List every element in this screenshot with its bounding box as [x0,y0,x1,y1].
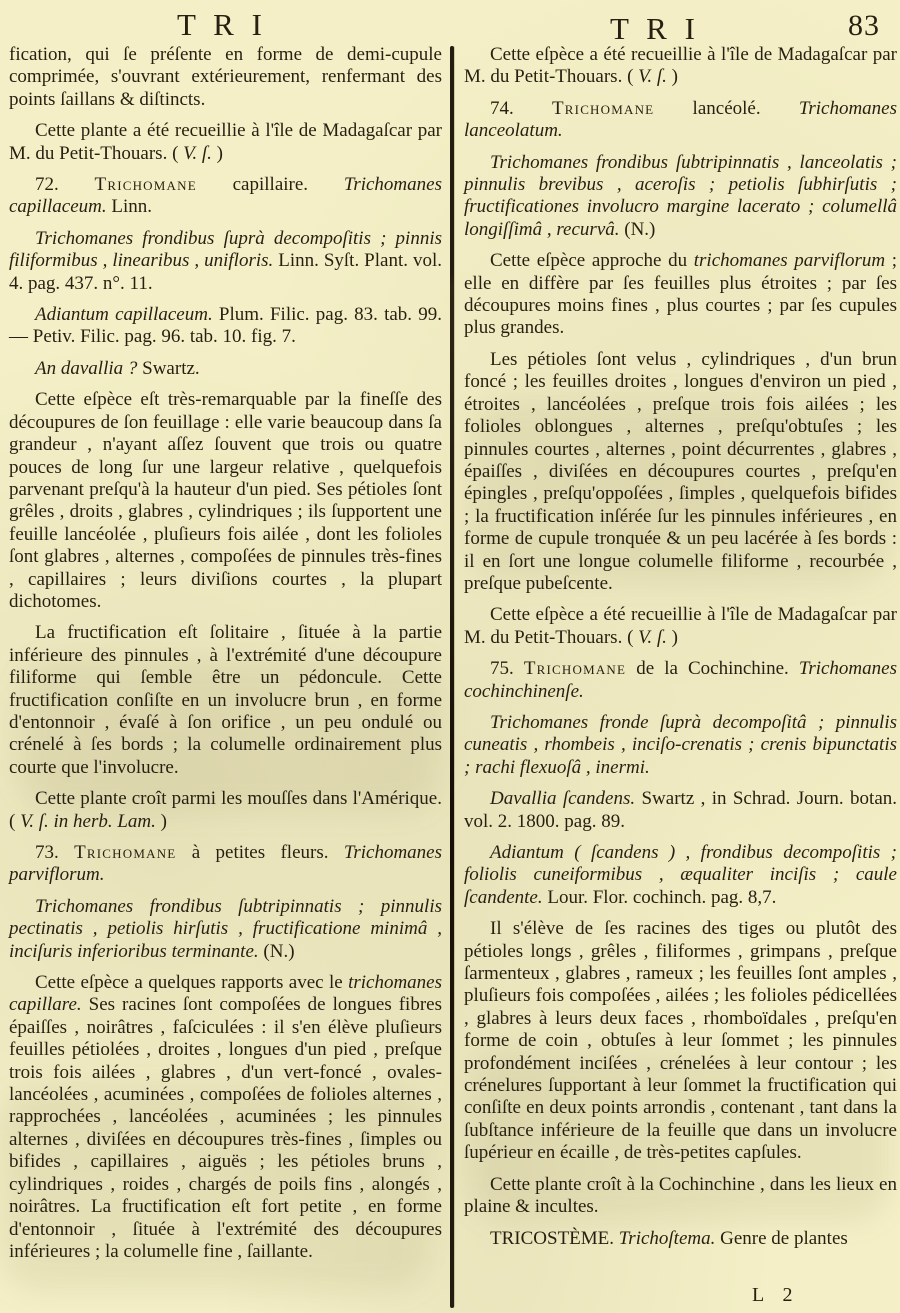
text-run: Cette plante a été recueillie à l'île de… [9,120,442,163]
text-run: de la Cochinchine. [626,658,799,679]
text-run: Cette plante croît à la Cochinchine , da… [464,1174,897,1217]
text-run: fication, qui ſe préſente en forme de de… [9,44,442,110]
text-run: (N.) [620,219,656,240]
text-run: Trichomanes frondibus ſubtripinnatis ; p… [9,896,442,962]
text-run: Ses racines ſont compoſées de longues fi… [9,994,442,1261]
paragraph: 75. Trichomane de la Cochinchine. Tricho… [464,658,897,703]
paragraph: Cette plante croît à la Cochinchine , da… [464,1174,897,1219]
paragraph: Cette eſpèce a été recueillie à l'île de… [464,604,897,649]
text-run: ) [672,627,678,648]
text-run: Trichomanes frondibus ſubtripinnatis , l… [464,152,897,240]
paragraph: 74. Trichomane lancéolé. Trichomanes lan… [464,98,897,143]
signature-mark: L 2 [752,1284,799,1307]
text-run: à petites fleurs. [176,842,343,863]
text-run: 73. [35,842,74,863]
text-run: Davallia ſcandens. [490,788,635,809]
text-run: V. ſ. in herb. Lam. [15,811,160,832]
text-run: V. ſ. [178,143,216,164]
text-run: Swartz. [137,358,199,379]
paragraph: La fructification eſt ſolitaire , ſituée… [9,622,442,779]
text-run: Linn. [107,196,152,217]
text-run: capillaire. [197,174,344,195]
running-title-right: T R I [464,11,846,47]
entry-headword: Trichomane [74,842,176,863]
paragraph: Cette eſpèce a quelques rapports avec le… [9,972,442,1263]
text-run: Adiantum capillaceum. [35,304,213,325]
entry-headword: Trichomane [524,658,626,679]
text-run: La fructification eſt ſolitaire , ſituée… [9,622,442,777]
text-run: (N.) [259,941,295,962]
text-run: Trichoſtema. [619,1228,716,1249]
text-run: ) [161,811,167,832]
paragraph: Cette eſpèce approche du trichomanes par… [464,250,897,340]
text-run: Trichomanes fronde ſuprà decompoſitâ ; p… [464,712,897,778]
text-run: 75. [490,658,524,679]
paragraph: Cette eſpèce a été recueillie à l'île de… [464,44,897,89]
text-run: Lour. Flor. cochinch. pag. 8,7. [543,887,777,908]
paragraph: Cette plante a été recueillie à l'île de… [9,120,442,165]
paragraph: Davallia ſcandens. Swartz , in Schrad. J… [464,788,897,833]
text-run: lancéolé. [654,98,799,119]
paragraph: An davallia ? Swartz. [9,358,442,380]
text-run: Il s'élève de ſes racines des tiges ou p… [464,918,897,1163]
text-run: ) [672,66,678,87]
text-run: Cette eſpèce a quelques rapports avec le [35,972,348,993]
text-run: Cette eſpèce eſt très-remarquable par la… [9,389,442,612]
paragraph: Il s'élève de ſes racines des tiges ou p… [464,918,897,1164]
text-run: ) [217,143,223,164]
scanned-book-page: T R I T R I 83 fication, qui ſe préſente… [0,0,900,1313]
entry-headword: Trichomane [552,98,654,119]
text-run: 74. [490,98,552,119]
paragraph: fication, qui ſe préſente en forme de de… [9,44,442,111]
left-text-column: fication, qui ſe préſente en forme de de… [9,44,442,1272]
text-run: Les pétioles ſont velus , cylindriques ,… [464,349,897,594]
page-number: 83 [848,9,880,43]
right-text-column: Cette eſpèce a été recueillie à l'île de… [464,44,897,1259]
column-divider-rule [450,46,454,1308]
paragraph: Les pétioles ſont velus , cylindriques ,… [464,349,897,595]
text-run: TRICOSTÈME. [490,1228,619,1249]
paragraph: Cette plante croît parmi les mouſſes dan… [9,788,442,833]
paragraph: Trichomanes frondibus ſuprà decompoſitis… [9,228,442,295]
text-run: Genre de plantes [715,1228,847,1249]
paragraph: 72. Trichomane capillaire. Trichomanes c… [9,174,442,219]
paragraph: Trichomanes fronde ſuprà decompoſitâ ; p… [464,712,897,779]
text-run: trichomanes parviflorum [694,250,885,271]
entry-headword: Trichomane [95,174,197,195]
text-run: Cette eſpèce approche du [490,250,694,271]
paragraph: 73. Trichomane à petites fleurs. Trichom… [9,842,442,887]
paragraph: Adiantum ( ſcandens ) , frondibus decomp… [464,842,897,909]
text-run: Cette eſpèce a été recueillie à l'île de… [464,44,897,87]
paragraph: Trichomanes frondibus ſubtripinnatis ; p… [9,896,442,963]
text-run: V. ſ. [633,66,671,87]
paragraph: Trichomanes frondibus ſubtripinnatis , l… [464,152,897,242]
text-run: V. ſ. [633,627,671,648]
paragraph: Cette eſpèce eſt très-remarquable par la… [9,389,442,613]
paragraph: Adiantum capillaceum. Plum. Filic. pag. … [9,304,442,349]
text-run: 72. [35,174,95,195]
paragraph: TRICOSTÈME. Trichoſtema. Genre de plante… [464,1228,897,1250]
text-run: Cette eſpèce a été recueillie à l'île de… [464,604,897,647]
text-run: An davallia ? [35,358,137,379]
running-title-left: T R I [0,7,444,43]
